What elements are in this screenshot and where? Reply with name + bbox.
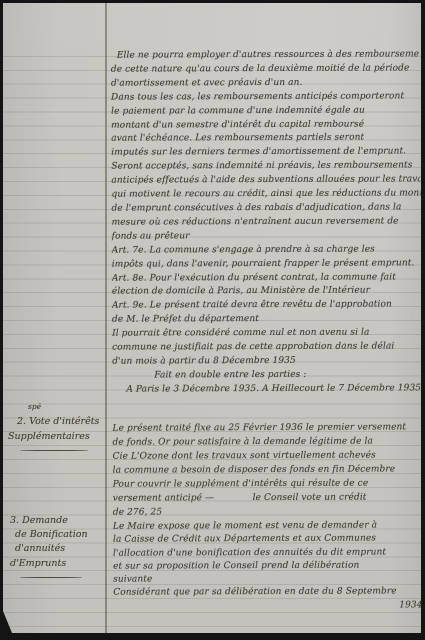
handwritten-line: commune ne justifiait pas de cette appro… [112, 340, 421, 355]
scan-corner-artifact [3, 611, 12, 633]
handwritten-line: impôts qui, dans l'avenir, pourraient fr… [112, 257, 421, 272]
handwritten-line: fonds au prêteur [112, 229, 421, 244]
margin-note-lines: 2. Vote d'intérêtsSupplémentaires [8, 415, 99, 444]
handwritten-line: et sur sa proposition le Conseil prend l… [113, 559, 422, 574]
handwritten-line: avant l'échéance. Les remboursements par… [111, 132, 420, 147]
handwritten-line: la commune a besoin de disposer des fond… [113, 462, 422, 477]
handwritten-line: Le Maire expose que le moment est venu d… [113, 519, 422, 534]
handwritten-line: de cette nature qu'au cours de la deuxiè… [111, 62, 420, 77]
margin-note-demande-bonification: 3. Demandede Bonificationd'annuitésd'Emp… [10, 514, 88, 578]
handwritten-line: de M. le Préfet du département [112, 313, 421, 328]
handwritten-line: Dans tous les cas, les remboursements an… [111, 90, 420, 105]
main-text-column: Elle ne pourra employer d'autres ressour… [109, 2, 423, 633]
handwritten-line: Le présent traité fixe au 25 Février 193… [112, 420, 421, 435]
handwritten-line: de fonds. Or pour satisfaire à la demand… [113, 434, 422, 449]
handwritten-line: d'amortissement et avec préavis d'un an. [111, 76, 420, 91]
margin-note-line: Supplémentaires [8, 430, 99, 445]
margin-note-line: d'Emprunts [10, 557, 88, 571]
handwritten-line: Pour couvrir le supplément d'intérêts qu… [113, 476, 422, 491]
handwritten-line: imputés sur les derniers termes d'amorti… [111, 146, 420, 161]
handwritten-line: le paiement par la commune d'une indemni… [111, 104, 420, 119]
handwritten-line: anticipés effectués à l'aide des subvent… [111, 173, 420, 188]
handwritten-line: A Paris le 3 Décembre 1935. A Heillecour… [112, 382, 421, 397]
margin-note-lines: 3. Demandede Bonificationd'annuitésd'Emp… [10, 514, 88, 571]
handwritten-line: de 276, 25 [113, 504, 422, 519]
handwritten-line: Art. 9e. Le présent traité devra être re… [112, 299, 421, 314]
margin-note-underline [20, 577, 82, 578]
margin-note-line: 2. Vote d'intérêts [8, 415, 99, 430]
handwritten-line: Il pourrait être considéré comme nul et … [112, 326, 421, 341]
handwritten-line: versement anticipé — le Conseil vote un … [113, 490, 422, 505]
handwritten-line: Cie L'Ozone dont les travaux sont virtue… [113, 448, 422, 463]
paper: spé 2. Vote d'intérêtsSupplémentaires 3.… [3, 3, 421, 633]
handwritten-line: Elle ne pourra employer d'autres ressour… [111, 48, 420, 63]
handwritten-paragraph-bonification: Le Maire expose que le moment est venu d… [113, 519, 422, 613]
handwritten-line: mesure où ces réductions n'entraînent au… [112, 215, 421, 230]
handwritten-paragraph-vote-interets: Le présent traité fixe au 25 Février 193… [112, 420, 421, 519]
handwritten-line: d'un mois à partir du 8 Décembre 1935 [112, 354, 421, 369]
margin-note-vote-interets: 2. Vote d'intérêtsSupplémentaires [8, 415, 99, 451]
margin-vertical-line [105, 3, 107, 633]
handwritten-line: montant d'un semestre d'intérêt du capit… [111, 118, 420, 133]
handwritten-line: qui motivent le recours au crédit, ainsi… [111, 187, 420, 202]
margin-note-line: 3. Demande [10, 514, 88, 528]
handwritten-line: Art. 7e. La commune s'engage à prendre à… [112, 243, 421, 258]
handwritten-line: l'allocation d'une bonification des annu… [113, 546, 422, 561]
handwritten-line: la Caisse de Crédit aux Départements et … [113, 533, 422, 548]
margin-note-line: d'annuités [10, 542, 88, 556]
handwritten-paragraph-contract-end: Elle ne pourra employer d'autres ressour… [111, 48, 422, 397]
handwritten-line: suivante [113, 573, 422, 588]
margin-note-underline [20, 450, 88, 451]
handwritten-line: Considérant que par sa délibération en d… [113, 586, 422, 601]
handwritten-line: Art. 8e. Pour l'exécution du présent con… [112, 271, 421, 286]
margin-annotation: spé [28, 402, 41, 411]
margin-note-line: de Bonification [10, 528, 88, 542]
handwritten-line: Fait en double entre les parties : [112, 368, 421, 383]
handwritten-line: élection de domicile à Paris, au Ministè… [112, 285, 421, 300]
handwritten-line: Seront acceptés, sans indemnité ni préav… [111, 160, 420, 175]
handwritten-line: 1934 [113, 599, 422, 614]
scanned-register-page: spé 2. Vote d'intérêtsSupplémentaires 3.… [0, 0, 425, 640]
handwritten-line: de l'emprunt consécutives à des rabais d… [111, 201, 420, 216]
margin-column: spé 2. Vote d'intérêtsSupplémentaires 3.… [3, 3, 105, 633]
